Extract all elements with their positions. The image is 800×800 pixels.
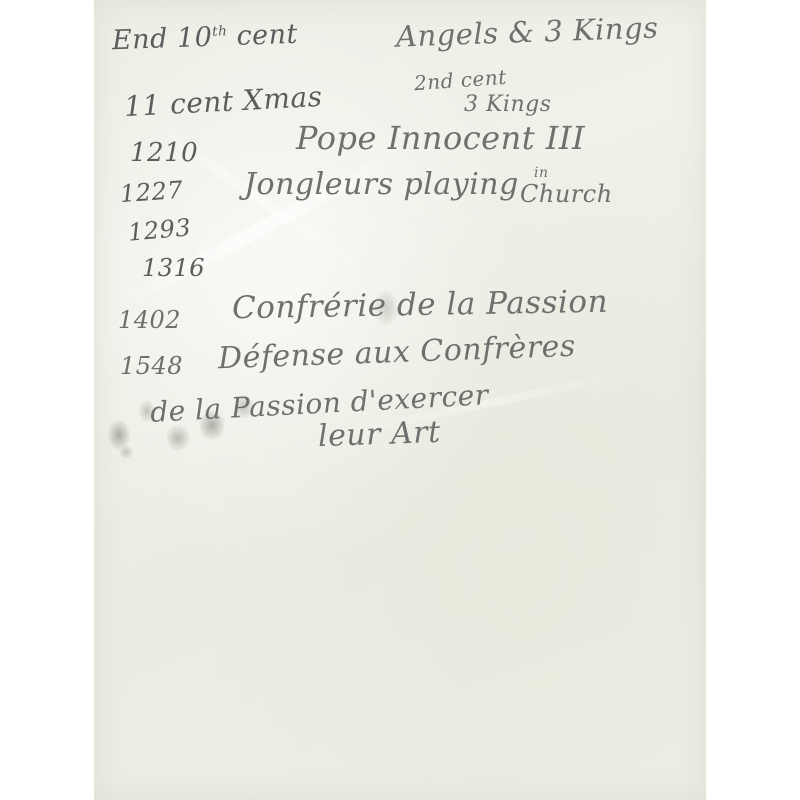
note-superscript: th bbox=[212, 23, 228, 40]
document-stage: End 10th cent Angels & 3 Kings 11 cent X… bbox=[0, 0, 800, 800]
note-line-2nd-cent: 2nd cent bbox=[413, 67, 507, 93]
note-line-jongleurs-playing: Jongleurs playing bbox=[244, 170, 519, 200]
note-line-leur-art: leur Art bbox=[318, 418, 442, 452]
note-line-confrerie: Confrérie de la Passion bbox=[232, 287, 609, 325]
note-line-end-10th-cent: End 10th cent bbox=[112, 21, 299, 54]
note-year-1316: 1316 bbox=[142, 256, 205, 280]
note-line-in: in bbox=[534, 166, 549, 180]
note-year-1402: 1402 bbox=[118, 308, 181, 332]
note-text: cent bbox=[227, 19, 298, 52]
pencil-smudge bbox=[166, 425, 190, 451]
note-year-1210: 1210 bbox=[130, 140, 198, 166]
note-line-3-kings: 3 Kings bbox=[464, 94, 552, 116]
note-line-pope-innocent: Pope Innocent III bbox=[296, 122, 585, 154]
pencil-smudge bbox=[119, 445, 133, 459]
note-year-1548: 1548 bbox=[120, 354, 183, 378]
note-year-1227: 1227 bbox=[119, 178, 184, 206]
note-year-1293: 1293 bbox=[127, 215, 192, 244]
note-line-church: Church bbox=[520, 182, 613, 206]
note-text: End 10 bbox=[112, 22, 213, 56]
